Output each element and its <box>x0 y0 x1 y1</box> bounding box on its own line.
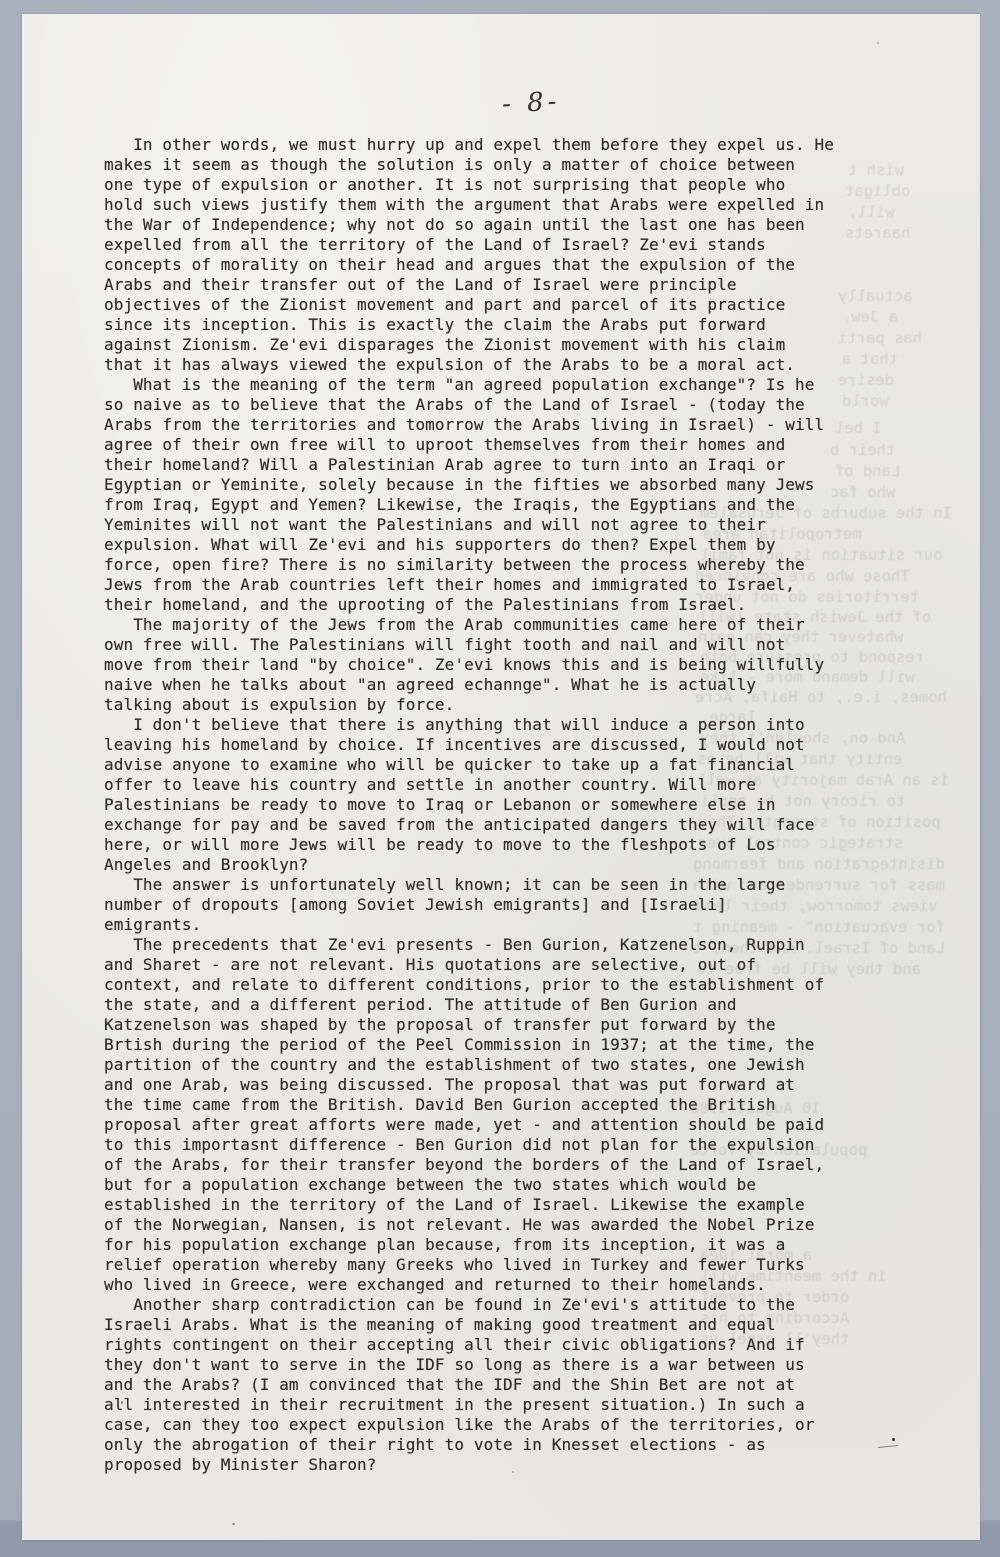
dust-speck <box>232 1523 235 1525</box>
paragraph-4: I don't believe that there is anything t… <box>104 715 904 875</box>
paragraph-6: The precedents that Ze'evi presents - Be… <box>104 935 904 1295</box>
paragraph-5: The answer is unfortunately well known; … <box>104 875 904 935</box>
handwritten-page-number: - 8- <box>501 86 561 119</box>
pen-dot <box>892 1438 895 1441</box>
paragraph-1: In other words, we must hurry up and exp… <box>104 135 904 375</box>
paragraph-2: What is the meaning of the term "an agre… <box>104 375 904 615</box>
paper-sheet: - 8- In other words, we must hurry up an… <box>22 14 980 1540</box>
dust-speck <box>512 1471 514 1473</box>
dust-speck <box>877 42 879 44</box>
scanned-document: - 8- In other words, we must hurry up an… <box>0 0 1000 1557</box>
paragraph-3: The majority of the Jews from the Arab c… <box>104 615 904 715</box>
stray-pen-mark <box>876 1438 902 1450</box>
typewritten-body: In other words, we must hurry up and exp… <box>104 135 904 1475</box>
pen-dash <box>878 1445 898 1448</box>
stray-ink-dot <box>121 1401 123 1404</box>
paragraph-7: Another sharp contradiction can be found… <box>104 1295 904 1475</box>
